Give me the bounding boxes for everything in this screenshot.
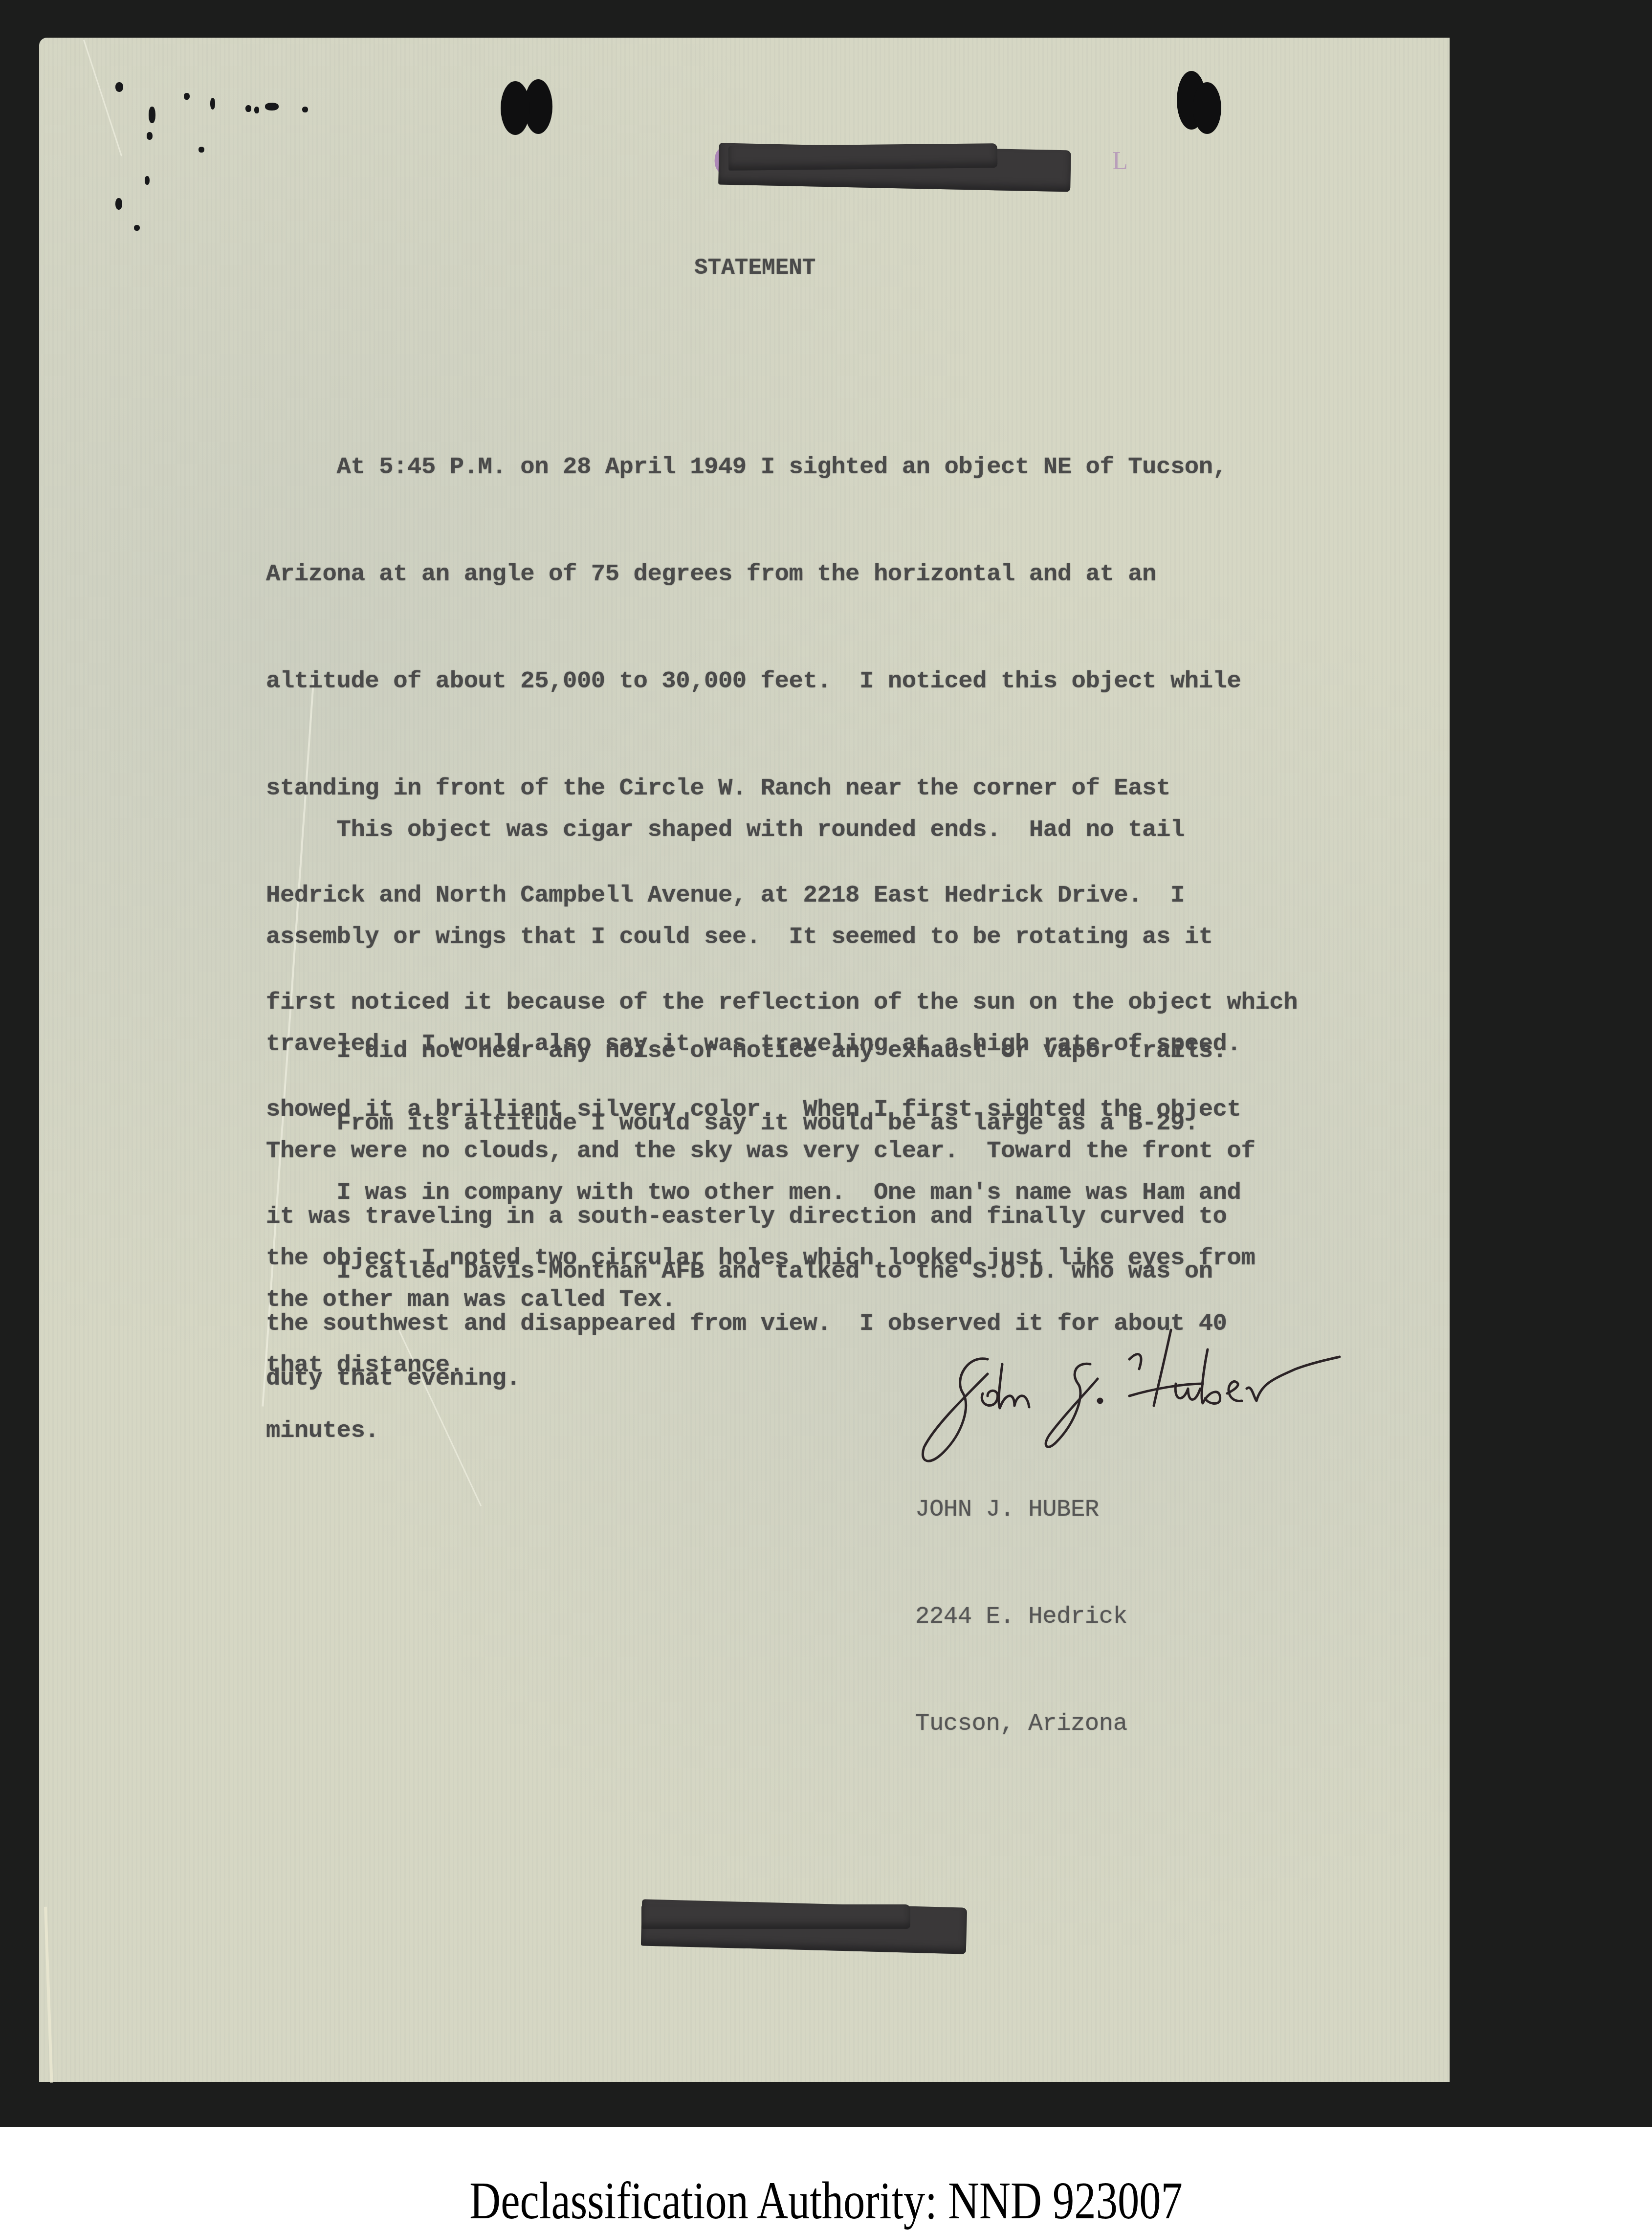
- pin-hole: [210, 98, 215, 110]
- punch-hole: [501, 81, 530, 135]
- pin-hole: [115, 198, 122, 210]
- pin-hole: [265, 103, 279, 110]
- redaction-bar-top: [728, 143, 997, 171]
- pin-hole: [302, 107, 308, 112]
- pin-hole: [115, 82, 123, 92]
- pin-hole: [198, 147, 204, 153]
- pin-hole: [147, 132, 153, 140]
- text-line: assembly or wings that I could see. It s…: [266, 919, 1255, 955]
- classification-stamp-fragment: L: [1112, 147, 1130, 176]
- document-title: STATEMENT: [694, 250, 815, 286]
- punch-hole: [1193, 82, 1221, 134]
- text-line: I called Davis-Monthan AFB and talked to…: [266, 1254, 1213, 1289]
- signature-block: JOHN J. HUBER 2244 E. Hedrick Tucson, Ar…: [915, 1420, 1127, 1777]
- declassification-footer: Declassification Authority: NND 923007: [149, 2171, 1503, 2232]
- text-line: altitude of about 25,000 to 30,000 feet.…: [266, 663, 1298, 699]
- pin-hole: [254, 107, 259, 113]
- signer-address-street: 2244 E. Hedrick: [915, 1599, 1127, 1635]
- text-line: At 5:45 P.M. on 28 April 1949 I sighted …: [266, 449, 1298, 485]
- signer-name: JOHN J. HUBER: [915, 1492, 1127, 1527]
- text-line: Arizona at an angle of 75 degrees from t…: [266, 556, 1298, 592]
- pin-hole: [245, 105, 251, 112]
- pin-hole: [134, 225, 140, 231]
- pin-hole: [184, 93, 190, 100]
- pin-hole: [145, 176, 150, 185]
- signer-address-city: Tucson, Arizona: [915, 1706, 1127, 1742]
- pin-hole: [149, 107, 155, 123]
- redaction-bar-bottom: [641, 1904, 910, 1929]
- text-line: This object was cigar shaped with rounde…: [266, 812, 1255, 848]
